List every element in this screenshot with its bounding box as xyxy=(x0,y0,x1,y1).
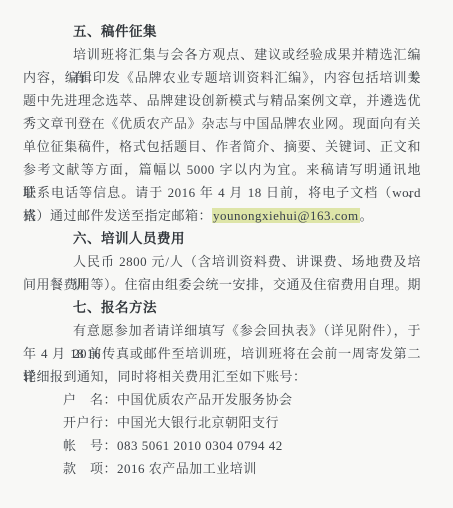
body-line: 培训班将汇集与会各方观点、建议或经验成果并精选汇编有关 xyxy=(23,43,421,66)
body-line: 联系电话等信息。请于 2016 年 4 月 18 日前，将电子文档（word 格 xyxy=(23,181,421,204)
bank-branch-line: 开户行：中国光大银行北京朝阳支行 xyxy=(23,411,421,434)
body-line: 单位征集稿件，格式包括题目、作者简介、摘要、关键词、正文和 xyxy=(23,135,421,158)
body-line: 秀文章刊登在《优质农产品》杂志与中国品牌农业网。现面向有关 xyxy=(23,112,421,135)
body-line: 题中先进理念选萃、品牌建设创新模式与精品案例文章，并遴选优 xyxy=(23,89,421,112)
body-line: 参考文献等方面，篇幅以 5000 字以内为宜。来稿请写明通讯地址、 xyxy=(23,158,421,181)
body-line: 人民币 2800 元/人（含培训资料费、讲课费、场地费及培训期 xyxy=(23,250,421,273)
body-line: 详细报到通知，同时将相关费用汇至如下账号： xyxy=(23,365,421,388)
document-page: 五、稿件征集 培训班将汇集与会各方观点、建议或经验成果并精选汇编有关 内容，编辑… xyxy=(0,0,453,508)
section-6-heading: 六、培训人员费用 xyxy=(23,227,421,250)
body-line: 式）通过邮件发送至指定邮箱：younongxiehui@163.com。 xyxy=(23,204,421,227)
body-line: 年 4 月 18 前传真或邮件至培训班，培训班将在会前一周寄发第二轮 xyxy=(23,342,421,365)
payment-item-line: 款 项：2016 农产品加工业培训 xyxy=(23,457,421,480)
email-link[interactable]: younongxiehui@163.com xyxy=(212,208,360,223)
document-content: 五、稿件征集 培训班将汇集与会各方观点、建议或经验成果并精选汇编有关 内容，编辑… xyxy=(23,20,421,480)
email-line-suffix: 。 xyxy=(360,208,374,223)
body-line: 间用餐费用等）。住宿由组委会统一安排，交通及住宿费用自理。 xyxy=(23,273,421,296)
body-line: 内容，编辑印发《品牌农业专题培训资料汇编》，内容包括培训专 xyxy=(23,66,421,89)
section-7-heading: 七、报名方法 xyxy=(23,296,421,319)
section-5-heading: 五、稿件征集 xyxy=(23,20,421,43)
bank-account-number-line: 帐 号：083 5061 2010 0304 0794 42 xyxy=(23,434,421,457)
bank-account-name-line: 户 名：中国优质农产品开发服务协会 xyxy=(23,388,421,411)
body-line: 有意愿参加者请详细填写《参会回执表》（详见附件），于 2016 xyxy=(23,319,421,342)
email-line-prefix: 式）通过邮件发送至指定邮箱： xyxy=(23,208,212,223)
